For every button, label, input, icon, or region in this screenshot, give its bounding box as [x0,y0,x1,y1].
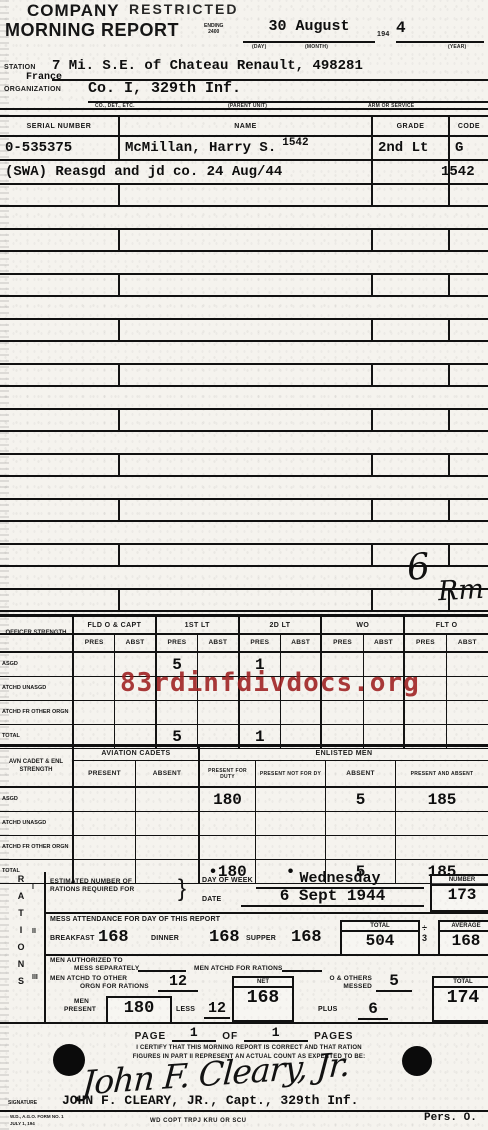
men-atchd-rations-label: MEN ATCHD FOR RATIONS [194,965,283,973]
mess-separately-blank [138,957,186,972]
divide-by: 3 [422,933,427,943]
ending-label-line2: 2400 [208,29,219,35]
copy-routing-small-print: WD COPT TRPJ KRU OR SCU [150,1118,247,1124]
year-prefix: 194 [377,31,390,38]
strength-cell [136,788,200,811]
empty-roster-cells [0,500,488,522]
empty-serial-cell [0,590,120,610]
empty-serial-cell [0,500,120,520]
empty-code-cell [450,365,488,385]
empty-roster-row [0,320,488,365]
dinner-value: 168 [209,928,240,947]
strength-cell [447,653,488,676]
empty-serial-cell [0,410,120,430]
form-header: COMPANY RESTRICTED MORNING REPORT ENDING… [0,0,488,108]
empty-roster-row [0,410,488,455]
signature-micro-label: SIGNATURE [8,1100,37,1106]
less-value: 12 [204,1000,230,1019]
estimated-label: ESTIMATED NUMBER OF RATIONS REQUIRED FOR [50,878,134,894]
empty-code-cell [450,320,488,340]
empty-roster-cells [0,455,488,477]
atchd-other-label-1: MEN ATCHD TO OTHER [50,975,127,983]
divide-sign: ÷ [422,923,427,933]
empty-roster-cells [0,230,488,252]
day-sublabel: (DAY) [252,44,266,50]
mess-attendance-label: MESS ATTENDANCE FOR DAY OF THIS REPORT [50,916,220,925]
strength-row: ATCHD UNASGD [0,812,488,836]
net-value: 168 [234,988,292,1008]
empty-serial-cell [0,365,120,385]
rations-mess-attendance-row: MESS ATTENDANCE FOR DAY OF THIS REPORT B… [46,914,488,956]
men-atchd-rations-blank [282,957,322,972]
empty-grade-cell [373,365,450,385]
group-flt-o: FLT O [405,617,488,634]
entry-code: 1542 [450,161,488,183]
strength-cell [74,788,136,811]
estimated-label-2: RATIONS REQUIRED FOR [50,886,134,893]
empty-roster-cells [0,410,488,432]
col-serial-number: SERIAL NUMBER [0,117,120,135]
col-name: NAME [120,117,373,135]
entry-code-text: 1542 [441,164,475,180]
empty-roster-cells [0,590,488,612]
organization-label: ORGANIZATION [4,86,61,93]
empty-grade-cell [373,320,450,340]
col-present-for-duty: PRESENT FOR DUTY [200,761,256,786]
net-box: NET 168 [232,976,294,1022]
morning-report-scan: COMPANY RESTRICTED MORNING REPORT ENDING… [0,0,488,1130]
empty-name-cell [120,455,373,475]
year-sublabel: (YEAR) [448,44,466,50]
strength-row-label: ASGD [0,788,74,811]
grand-total-label: TOTAL [434,978,488,988]
rations-men-row: MEN AUTHORIZED TO MESS SEPARATELY MEN AT… [46,956,488,1022]
strength-cell [447,701,488,724]
strength-cell [157,701,198,724]
officer-strength-label: OFFICER STRENGTH [0,617,74,651]
strength-cell: 185 [396,788,488,811]
form-title-morning-report: MORNING REPORT [5,20,179,41]
col-absent: ABSENT [136,761,200,786]
strength-cell: 5 [326,788,396,811]
entry-name: McMillan, Harry S. 1542 [120,137,373,159]
pers-o-note: Pers. O. [424,1112,477,1124]
sub-pres: PRES [240,634,281,651]
strength-cell: 180 [200,788,256,811]
empty-name-cell [120,410,373,430]
entry-serial: 0-535375 [0,137,120,159]
pages-label: PAGES [314,1031,353,1042]
less-label: LESS [176,1006,195,1015]
station-country: France [26,72,62,83]
strength-cell [198,701,239,724]
empty-roster-row [0,365,488,410]
group-wo: WO [322,617,405,634]
sub-abst: ABST [198,634,239,651]
punch-hole-left [53,1044,85,1076]
col-present: PRESENT [74,761,136,786]
year-digit-field: 4 [396,19,484,43]
station-field: 7 Mi. S.E. of Chateau Renault, 498281 [52,58,488,81]
sub-abst: ABST [115,634,156,651]
atchd-other-value: 12 [158,973,198,992]
average-value: 168 [440,932,488,950]
net-label: NET [234,978,292,988]
strength-row: ASGD1805185 [0,788,488,812]
sub-pres: PRES [405,634,446,651]
breakfast-label: BREAKFAST [50,935,95,944]
grand-total-box: TOTAL 174 [432,976,488,1022]
officer-strength-header: OFFICER STRENGTH FLD O & CAPT 1ST LT 2D … [0,617,488,653]
sub-abst: ABST [281,634,322,651]
divide-by-3: ÷ 3 [422,924,427,944]
mess-total-value: 504 [342,932,418,950]
watermark-text: 83rdinfdivdocs.org [120,668,420,698]
entry-code: G [450,137,488,159]
form-id-line1: W.D., A.G.O. FORM NO. 1 [10,1114,64,1119]
roster-table: SERIAL NUMBER NAME GRADE CODE 0-535375 M… [0,108,488,614]
empty-roster-cells [0,320,488,342]
others-messed-value: 5 [376,972,412,992]
avn-cadet-enl-label: AVN CADET & ENL STRENGTH [0,747,74,786]
strength-cell [447,677,488,700]
empty-roster-row [0,500,488,545]
handwritten-6: 6 [405,546,431,589]
empty-name-cell [120,275,373,295]
entry-grade-blank [373,161,450,183]
strength-cell [326,836,396,859]
empty-roster-row [0,455,488,500]
organization-field: Co. I, 329th Inf. [88,80,360,103]
plus-value: 6 [358,1000,388,1020]
empty-code-cell [450,545,488,565]
entry-remark: (SWA) Reasgd and jd co. 24 Aug/44 [0,161,373,183]
strength-cell [396,836,488,859]
empty-code-cell [450,275,488,295]
ending-2400-label: ENDING 2400 [204,23,223,35]
roster-entry-2: (SWA) Reasgd and jd co. 24 Aug/44 1542 [0,161,488,185]
empty-roster-row [0,230,488,275]
sub-abst: ABST [447,634,488,651]
rations-side-rail: RATIONS I II III [0,872,46,1022]
page-label: PAGE [135,1031,167,1042]
sub-abst: ABST [364,634,405,651]
sub-pres: PRES [74,634,115,651]
roster-top-rule [0,108,488,117]
form-id-line2: JULY 1, 194 [10,1121,35,1126]
empty-code-cell [450,410,488,430]
col-absent-enl: ABSENT [326,761,396,786]
strength-cell [74,701,115,724]
strength-cell [322,701,363,724]
others-messed-label-1: O & OTHERS [314,975,372,983]
strength-row-label: ATCHD UNASGD [0,677,74,700]
strength-cell [364,701,405,724]
strength-row-label: ATCHD UNASGD [0,812,74,835]
empty-name-cell [120,500,373,520]
men-present-box: 180 [106,996,172,1024]
page-count-line: PAGE 1 OF 1 PAGES [0,1025,488,1042]
enlisted-header: AVN CADET & ENL STRENGTH AVIATION CADETS… [0,747,488,788]
men-present-value: 180 [108,998,170,1020]
strength-row-label: ATCHD FR OTHER ORGN [0,701,74,724]
grand-total-value: 174 [434,988,488,1008]
empty-grade-cell [373,500,450,520]
strength-cell [396,812,488,835]
average-box: AVERAGE 168 [438,920,488,956]
strength-cell [136,836,200,859]
strength-cell [74,677,115,700]
form-title-company: COMPANY [27,1,120,21]
empty-grade-cell [373,185,450,205]
group-fld-o-capt: FLD O & CAPT [74,617,157,634]
strength-row-label: ASGD [0,653,74,676]
rations-date-field: 6 Sept 1944 [241,887,424,907]
men-authorized-label: MEN AUTHORIZED TO [50,957,123,965]
signature-block: SIGNATURE JOHN F. CLEARY, JR., Capt., 32… [0,1090,488,1112]
group-enlisted-men: ENLISTED MEN [200,747,488,761]
strength-cell [200,836,256,859]
section-i-numeral: I [32,884,34,891]
empty-name-cell [120,590,373,610]
brace-glyph: } [178,875,186,903]
empty-serial-cell [0,320,120,340]
rations-vertical-label: RATIONS [12,874,26,993]
supper-label: SUPPER [246,935,276,944]
strength-cell [256,836,326,859]
empty-serial-cell [0,545,120,565]
average-label: AVERAGE [440,922,488,932]
empty-grade-cell [373,410,450,430]
empty-serial-cell [0,230,120,250]
rations-estimated-row: ESTIMATED NUMBER OF RATIONS REQUIRED FOR… [46,872,488,914]
strength-row: ATCHD FR OTHER ORGN [0,701,488,725]
col-present-not-for-dy: PRESENT NOT FOR DY [256,761,326,786]
rations-section: RATIONS I II III ESTIMATED NUMBER OF RAT… [0,872,488,1024]
empty-name-cell [120,365,373,385]
station-label: STATION [4,64,36,71]
plus-label: PLUS [318,1006,337,1015]
empty-code-cell [450,230,488,250]
mess-separately-label: MESS SEPARATELY [74,965,139,973]
enlisted-strength-table: AVN CADET & ENL STRENGTH AVIATION CADETS… [0,744,488,875]
punch-hole-right [402,1046,432,1076]
col-present-and-absent: PRESENT AND ABSENT [396,761,488,786]
empty-code-cell [450,185,488,205]
empty-code-cell [450,500,488,520]
strength-cell [405,701,446,724]
of-label: OF [222,1031,238,1042]
men-present-label-2: PRESENT [64,1006,96,1014]
page-number: 1 [172,1025,216,1042]
empty-roster-row [0,185,488,230]
strength-cell [115,701,156,724]
form-id-small-print: W.D., A.G.O. FORM NO. 1 JULY 1, 194 [10,1114,64,1128]
empty-name-cell [120,320,373,340]
date-label: DATE [202,896,221,905]
empty-serial-cell [0,185,120,205]
mess-total-label: TOTAL [342,922,418,932]
others-messed-label-2: MESSED [330,983,372,991]
day-of-week-label: DAY OF WEEK [202,877,253,886]
strength-cell [74,653,115,676]
roster-header-row: SERIAL NUMBER NAME GRADE CODE [0,117,488,137]
empty-serial-cell [0,275,120,295]
report-date-field: 30 August [243,18,375,43]
handwritten-rm: Rm [437,574,484,607]
empty-roster-cells [0,185,488,207]
empty-name-cell [120,230,373,250]
strength-cell [200,812,256,835]
empty-roster-row [0,275,488,320]
sub-pres: PRES [157,634,198,651]
mess-total-box: TOTAL 504 [340,920,420,956]
strength-row-label: ATCHD FR OTHER ORGN [0,836,74,859]
empty-roster-cells [0,365,488,387]
supper-value: 168 [291,928,322,947]
col-code: CODE [450,117,488,135]
pages-total: 1 [244,1025,308,1042]
strength-cell [136,812,200,835]
breakfast-value: 168 [98,928,129,947]
number-box-value: 173 [432,886,488,904]
footer-section: PAGE 1 OF 1 PAGES I CERTIFY THAT THIS MO… [0,1022,488,1130]
strength-cell [240,701,281,724]
atchd-other-label-2: ORGN FOR RATIONS [80,983,149,991]
empty-serial-cell [0,455,120,475]
number-box: NUMBER 173 [430,874,488,912]
strength-cell [326,812,396,835]
restricted-stamp: RESTRICTED [129,1,238,17]
arm-service-field [360,80,488,103]
empty-name-cell [120,545,373,565]
strength-cell [281,701,322,724]
strength-cell [256,812,326,835]
empty-roster-cells [0,275,488,297]
strength-cell [256,788,326,811]
empty-grade-cell [373,230,450,250]
strength-cell [74,836,136,859]
group-aviation-cadets: AVIATION CADETS [74,747,200,761]
estimated-label-1: ESTIMATED NUMBER OF [50,878,132,885]
dinner-label: DINNER [151,935,179,944]
number-box-label: NUMBER [432,876,488,886]
entry-name-text: McMillan, Harry S. [125,140,276,156]
entry-grade: 2nd Lt [373,137,450,159]
empty-grade-cell [373,275,450,295]
section-ii-numeral: II [32,928,36,935]
col-grade: GRADE [373,117,450,135]
group-2d-lt: 2D LT [240,617,323,634]
strength-row: ATCHD FR OTHER ORGN [0,836,488,860]
strength-cell [74,812,136,835]
entry-name-super: 1542 [282,137,308,149]
sub-pres: PRES [322,634,363,651]
empty-grade-cell [373,455,450,475]
group-1st-lt: 1ST LT [157,617,240,634]
roster-entry-1: 0-535375 McMillan, Harry S. 1542 2nd Lt … [0,137,488,161]
empty-name-cell [120,185,373,205]
month-sublabel: (MONTH) [305,44,328,50]
section-iii-numeral: III [32,974,38,981]
men-present-label-1: MEN [74,998,89,1006]
empty-code-cell [450,455,488,475]
